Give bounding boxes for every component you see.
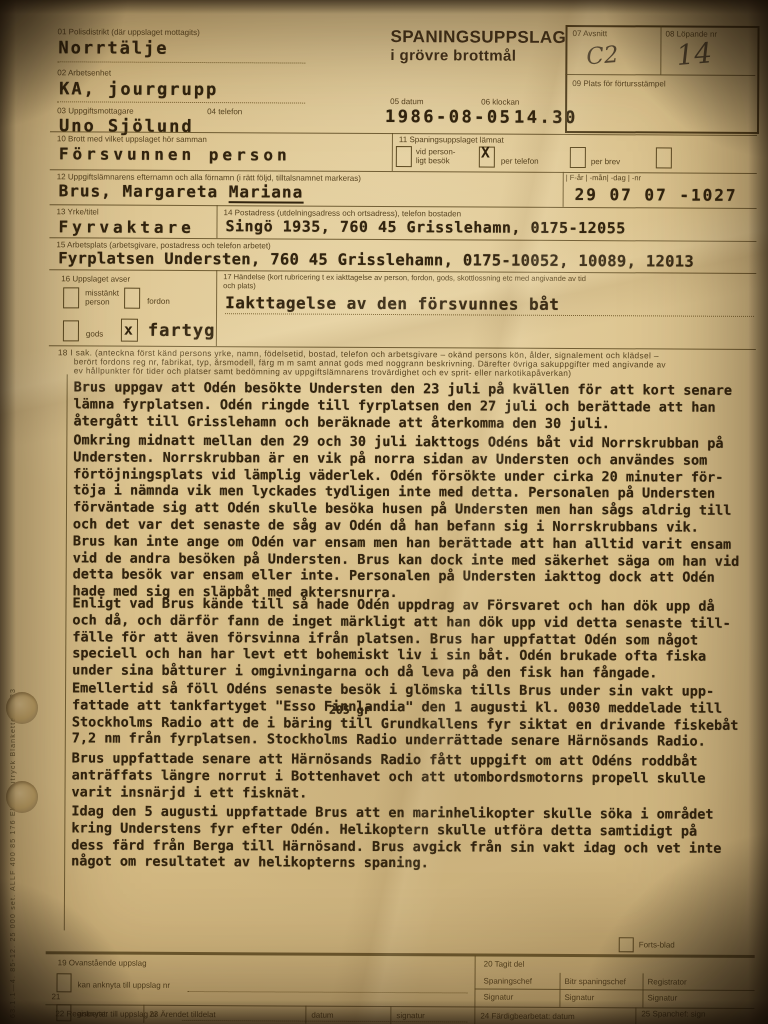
box-divider xyxy=(660,25,662,74)
column-spaningschef: Spaningschef xyxy=(484,977,533,986)
field-22-label: 22 Registrerat: xyxy=(55,1009,108,1018)
body-left-rule xyxy=(64,374,68,930)
option-suspect-line2: person xyxy=(85,297,110,306)
option-goods: gods xyxy=(86,329,103,338)
cell-divider xyxy=(216,205,217,238)
checkbox-goods xyxy=(63,320,79,341)
cell-divider xyxy=(390,1006,391,1024)
field-10-value: Försvunnen person xyxy=(59,144,291,164)
body-paragraph-2: Omkring midnatt mellan den 29 och 30 jul… xyxy=(73,432,766,604)
body-paragraph-3: Enligt vad Brus kände till så hade Odén … xyxy=(72,595,764,683)
body-paragraph-6: Idag den 5 augusti uppfattade Brus att e… xyxy=(71,803,763,874)
cell-divider xyxy=(635,1007,636,1024)
field-18-instructions-line3: ev hållpunkter för tider och platser sam… xyxy=(74,366,572,378)
option-personal-visit-line1: vid person- xyxy=(416,147,456,156)
checkbox-mark: x xyxy=(124,321,133,339)
field-13-value: Fyrvaktare xyxy=(58,217,194,237)
field-08-value-handwritten: 14 xyxy=(675,36,713,72)
body-paragraph-4: Emellertid så föll Odéns senaste besök i… xyxy=(72,680,764,751)
field-01-value: Norrtälje xyxy=(58,38,168,59)
signature-label-2: Signatur xyxy=(564,993,594,1002)
punch-hole xyxy=(6,692,38,724)
field-21-number: 21 xyxy=(51,992,60,1001)
checkbox-by-phone: X xyxy=(479,146,495,167)
field-06-label: 06 klockan xyxy=(481,98,519,107)
dotted-rule xyxy=(57,101,305,103)
field-05-value: 1986-08-05 xyxy=(385,107,512,128)
body-paragraph-5: Brus uppfattade senare att Härnösands Ra… xyxy=(71,750,763,804)
field-13-label: 13 Yrke/titel xyxy=(57,207,99,216)
checkbox-suspect-person xyxy=(63,287,79,308)
cell-divider xyxy=(563,172,564,207)
footer-heavy-rule xyxy=(46,951,755,957)
field-24-label: 24 Färdigbearbetat: datum xyxy=(480,1012,574,1022)
field-16-label: 16 Uppslaget avser xyxy=(61,274,130,284)
column-bitr-spaningschef: Bitr spaningschef xyxy=(565,977,626,987)
field-23-datum-label: datum xyxy=(311,1011,333,1020)
signature-label-1: Signatur xyxy=(483,993,513,1002)
continuation-sheet-label: Forts-blad xyxy=(639,940,675,949)
field-20-label: 20 Tagit del xyxy=(484,960,525,969)
field-10-label: 10 Brott med vilket uppslaget hör samman xyxy=(57,134,207,144)
option-vessel: fartyg xyxy=(148,321,216,341)
option-suspect-line1: misstänkt xyxy=(85,288,119,297)
dotted-rule xyxy=(57,61,305,63)
option-by-phone: per telefon xyxy=(501,157,539,166)
field-07-label: 07 Avsnitt xyxy=(572,29,607,38)
field-04-label: 04 telefon xyxy=(207,107,242,116)
footer-rule xyxy=(474,988,754,991)
option-may-relate: kan anknyta till uppslag nr xyxy=(77,980,170,990)
print-shop-margin-text: 63.1.1—4. 85-12. 25 000 set. ALLF 400 85… xyxy=(10,628,17,1018)
dotted-rule xyxy=(225,313,754,317)
dotted-rule xyxy=(187,991,467,993)
checkbox-other xyxy=(656,147,672,168)
cell-divider xyxy=(305,1006,306,1024)
signature-label-3: Signatur xyxy=(647,993,677,1002)
field-25-label: 25 Spanchef: sign xyxy=(641,1009,705,1019)
cell-divider xyxy=(392,133,393,171)
marked-first-name: Mariana xyxy=(229,182,304,203)
field-12-value: Brus, Margareta Mariana xyxy=(59,181,304,201)
checkbox-continuation-sheet xyxy=(619,937,634,952)
field-05-label: 05 datum xyxy=(390,97,423,106)
field-17-value: Iakttagelse av den försvunnes båt xyxy=(225,293,559,314)
field-19-label: 19 Ovanstående uppslag xyxy=(58,958,147,968)
option-vehicle: fordon xyxy=(147,297,170,306)
field-17-label-line1: 17 Händelse (kort rubricering t ex iaktt… xyxy=(223,273,586,283)
field-09-label: 09 Plats för förtursstämpel xyxy=(572,79,665,89)
checkbox-vehicle xyxy=(124,288,140,309)
field-17-label-line2: och plats) xyxy=(223,282,256,291)
dob-value: 29 07 07 -1027 xyxy=(575,185,738,205)
field-23-label: 23 Ärendet tilldelat xyxy=(149,1010,215,1020)
column-registrator: Registrator xyxy=(648,977,687,986)
scanned-police-report: 01 Polisdistrikt (där uppslaget mottagit… xyxy=(0,0,768,1024)
field-03-label: 03 Uppgiftsmottagare xyxy=(57,106,134,116)
checkbox-personal-visit xyxy=(396,146,412,167)
field-15-value: Fyrplatsen Understen, 760 45 Grisslehamn… xyxy=(58,249,694,270)
body-paragraph-1: Brus uppgav att Odén besökte Understen d… xyxy=(73,379,765,433)
cell-divider xyxy=(216,270,218,346)
field-07-value-handwritten: C2 xyxy=(585,42,619,71)
cell-divider xyxy=(143,1005,144,1023)
field-02-value: KA, jourgrupp xyxy=(59,79,218,100)
punch-hole xyxy=(6,781,38,813)
form-title-line2: i grövre brottmål xyxy=(390,47,516,65)
spaningsuppslag-form: 01 Polisdistrikt (där uppslaget mottagit… xyxy=(0,0,768,1024)
checkbox-vessel: x xyxy=(121,319,138,342)
option-by-letter: per brev xyxy=(591,157,620,166)
field-23-sign-label: signatur xyxy=(396,1011,425,1020)
checkbox-by-letter xyxy=(570,147,586,168)
dob-header: | F-år | -mån| -dag | -nr xyxy=(566,174,641,183)
field-01-label: 01 Polisdistrikt (där uppslaget mottagit… xyxy=(57,27,199,37)
form-title-line1: SPANINGSUPPSLAG xyxy=(390,27,566,48)
field-14-value: Singö 1935, 760 45 Grisslehamn, 0175-120… xyxy=(225,217,625,237)
checkbox-may-relate xyxy=(56,973,71,992)
option-personal-visit-line2: ligt besök xyxy=(416,156,450,165)
typed-insertion-bearing: 205 gr xyxy=(329,703,371,717)
field-02-label: 02 Arbetsenhet xyxy=(57,68,111,77)
checkbox-mark: X xyxy=(481,144,490,162)
